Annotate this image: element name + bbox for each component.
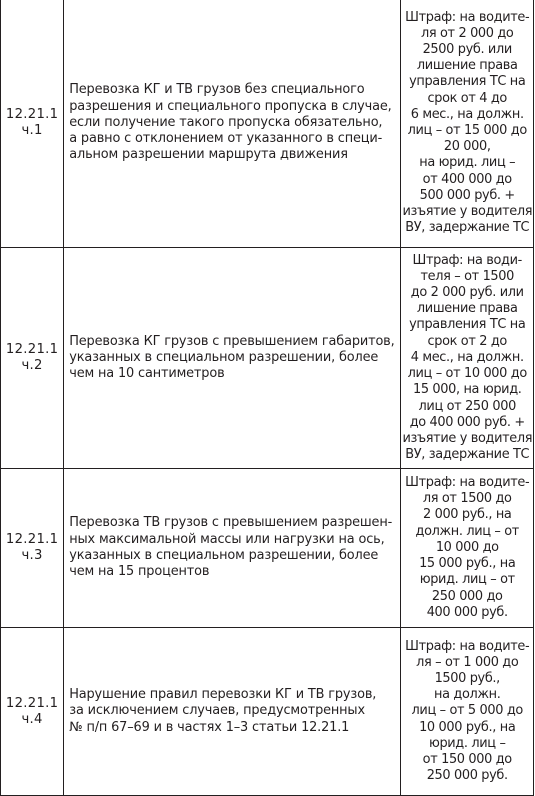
penalty-cell: Штраф: на води-теля – от 1500до 2 000 ру… (401, 248, 534, 469)
description-line: Перевозка КГ грузов с превышением габари… (69, 334, 396, 350)
table-row: 12.21.1ч.1 Перевозка КГ и ТВ грузов без … (1, 0, 534, 248)
article-cell: 12.21.1ч.4 (1, 628, 64, 796)
article-line: ч.4 (1, 712, 63, 728)
penalty-line: 250 000 до (402, 589, 532, 605)
penalty-line: до 2 000 руб. или (402, 285, 532, 301)
penalty-line: лиц – от 15 000 до (402, 123, 532, 139)
article-line: 12.21.1 (1, 107, 63, 123)
description-line: разрешения и специального пропуска в слу… (69, 99, 396, 115)
description-cell: Перевозка КГ и ТВ грузов без специальног… (64, 0, 401, 248)
description-cell: Перевозка ТВ грузов с превышением разреш… (64, 469, 401, 628)
penalty-line: на юрид. лиц – (402, 155, 532, 171)
penalty-line: Штраф: на води- (402, 253, 532, 269)
table-row: 12.21.1ч.4 Нарушение правил перевозки КГ… (1, 628, 534, 796)
description-line: указанных в специальном разрешении, боле… (69, 350, 396, 366)
description-line: альном разрешении маршрута движения (69, 147, 396, 163)
penalty-line: Штраф: на водите- (402, 639, 532, 655)
penalty-line: на должн. (402, 687, 532, 703)
penalty-line: Штраф: на водите- (402, 10, 532, 26)
penalty-line: теля – от 1500 (402, 269, 532, 285)
penalty-cell: Штраф: на водите-ля от 2 000 до2500 руб.… (401, 0, 534, 248)
penalty-line: ля от 1500 до (402, 491, 532, 507)
penalty-line: лиц – от 10 000 до (402, 366, 532, 382)
description-cell: Нарушение правил перевозки КГ и ТВ грузо… (64, 628, 401, 796)
description-line: а равно с отклонением от указанного в сп… (69, 131, 396, 147)
penalty-line: от 400 000 до (402, 172, 532, 188)
penalty-line: Штраф: на водите- (402, 475, 532, 491)
penalty-line: управления ТС на (402, 317, 532, 333)
table-row: 12.21.1ч.3 Перевозка ТВ грузов с превыше… (1, 469, 534, 628)
description-line: если получение такого пропуска обязатель… (69, 115, 396, 131)
penalty-line: ля от 2 000 до (402, 26, 532, 42)
description-line: указанных в специальном разрешении, боле… (69, 548, 396, 564)
penalties-table: 12.21.1ч.1 Перевозка КГ и ТВ грузов без … (0, 0, 534, 796)
penalty-line: срок от 4 до (402, 91, 532, 107)
penalty-line: 250 000 руб. (402, 768, 532, 784)
penalty-line: 2500 руб. или (402, 42, 532, 58)
article-line: ч.3 (1, 548, 63, 564)
penalty-line: до 400 000 руб. + (402, 415, 532, 431)
description-line: ных максимальной массы или нагрузки на о… (69, 532, 396, 548)
penalty-line: юрид. лиц – от (402, 572, 532, 588)
description-line: за исключением случаев, предусмотренных (69, 703, 396, 719)
description-cell: Перевозка КГ грузов с превышением габари… (64, 248, 401, 469)
penalty-line: лишение права (402, 58, 532, 74)
description-line: Нарушение правил перевозки КГ и ТВ грузо… (69, 687, 396, 703)
penalties-table-body: 12.21.1ч.1 Перевозка КГ и ТВ грузов без … (1, 0, 534, 796)
penalty-cell: Штраф: на водите-ля – от 1 000 до1500 ру… (401, 628, 534, 796)
penalty-line: ля – от 1 000 до (402, 655, 532, 671)
description-line: чем на 10 сантиметров (69, 366, 396, 382)
penalty-line: 10 000 руб., на (402, 720, 532, 736)
penalty-line: срок от 2 до (402, 334, 532, 350)
article-line: ч.1 (1, 123, 63, 139)
penalty-line: управления ТС на (402, 74, 532, 90)
penalty-line: 20 000, (402, 139, 532, 155)
table-row: 12.21.1ч.2 Перевозка КГ грузов с превыше… (1, 248, 534, 469)
penalty-cell: Штраф: на водите-ля от 1500 до2 000 руб.… (401, 469, 534, 628)
penalty-line: 4 мес., на должн. (402, 350, 532, 366)
penalty-line: 15 000, на юрид. (402, 382, 532, 398)
penalty-line: ВУ, задержание ТС (402, 447, 532, 463)
penalty-line: ВУ, задержание ТС (402, 220, 532, 236)
article-line: 12.21.1 (1, 696, 63, 712)
description-line: Перевозка ТВ грузов с превышением разреш… (69, 515, 396, 531)
article-cell: 12.21.1ч.1 (1, 0, 64, 248)
penalty-line: лишение права (402, 301, 532, 317)
article-line: 12.21.1 (1, 342, 63, 358)
penalty-line: 6 мес., на должн. (402, 107, 532, 123)
penalty-line: 1500 руб., (402, 671, 532, 687)
description-line: Перевозка КГ и ТВ грузов без специальног… (69, 82, 396, 98)
penalty-line: изъятие у водителя (402, 204, 532, 220)
penalty-line: 500 000 руб. + (402, 188, 532, 204)
penalty-line: должн. лиц – от (402, 524, 532, 540)
penalty-line: изъятие у водителя (402, 431, 532, 447)
penalty-line: 2 000 руб., на (402, 507, 532, 523)
penalty-line: лиц от 250 000 (402, 399, 532, 415)
penalty-line: юрид. лиц – (402, 736, 532, 752)
article-line: 12.21.1 (1, 532, 63, 548)
penalty-line: 10 000 до (402, 540, 532, 556)
penalty-line: 400 000 руб. (402, 605, 532, 621)
description-line: чем на 15 процентов (69, 564, 396, 580)
penalty-line: лиц – от 5 000 до (402, 703, 532, 719)
article-cell: 12.21.1ч.2 (1, 248, 64, 469)
article-line: ч.2 (1, 358, 63, 374)
penalty-line: от 150 000 до (402, 752, 532, 768)
description-line: № п/п 67–69 и в частях 1–3 статьи 12.21.… (69, 720, 396, 736)
article-cell: 12.21.1ч.3 (1, 469, 64, 628)
penalty-line: 15 000 руб., на (402, 556, 532, 572)
